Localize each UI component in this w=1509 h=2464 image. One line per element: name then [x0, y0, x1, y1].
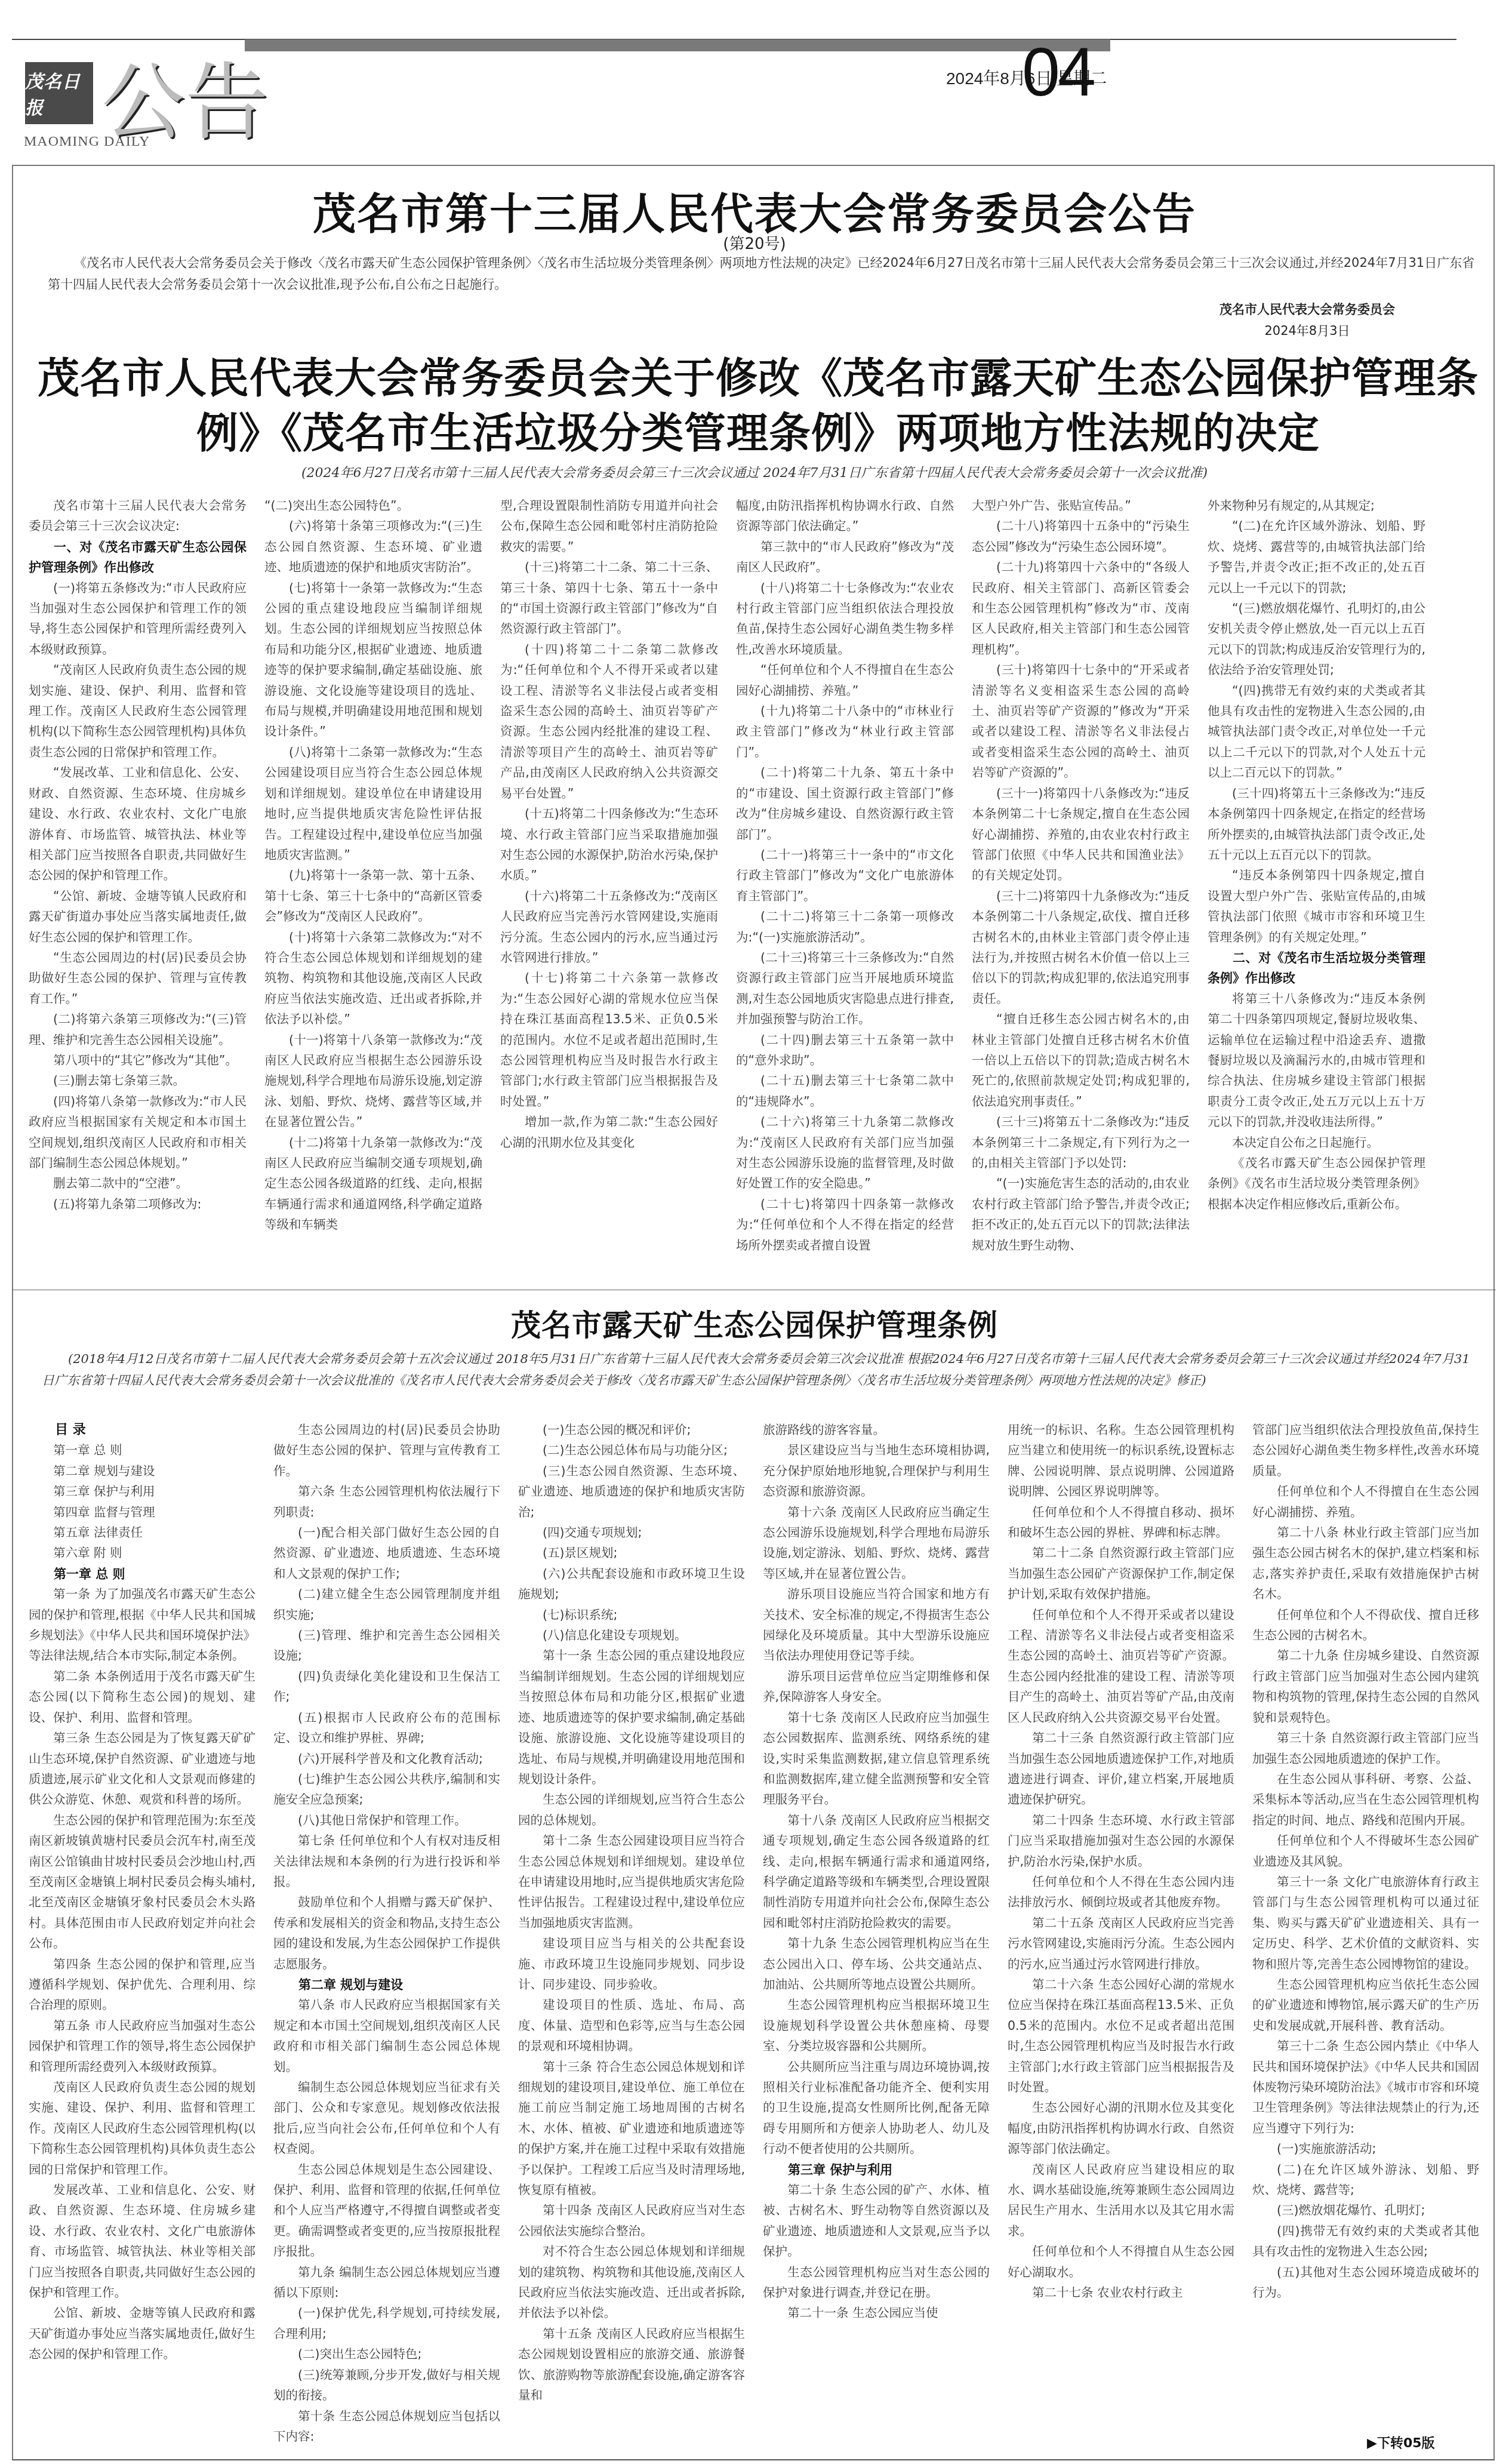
- paragraph: “(三)燃放烟花爆竹、孔明灯的,由公安机关责令停止燃放,处一百元以上五百元以下的…: [1208, 598, 1425, 681]
- decision-subtitle: (2024年6月27日茂名市第十三届人民代表大会常务委员会第三十三次会议通过 2…: [0, 463, 1509, 481]
- paragraph: (五)景区规划;: [518, 1543, 745, 1563]
- paragraph: (三十二)将第四十九条修改为:“违反本条例第二十八条规定,砍伐、擅自迁移古树名木…: [972, 886, 1190, 1009]
- paragraph: (六)将第十条第三项修改为:“(三)生态公园自然资源、生态环境、矿业遗迹、地质遗…: [264, 516, 482, 577]
- paragraph: 第六条 生态公园管理机构依法履行下列职责:: [273, 1481, 500, 1522]
- regulation-title: 茂名市露天矿生态公园保护管理条例: [0, 1302, 1509, 1345]
- paragraph: “擅自迁移生态公园古树名木的,由林业主管部门处擅自迁移古树名木价值一倍以上五倍以…: [972, 1009, 1190, 1112]
- paragraph: (五)其他对生态公园环境造成破坏的行为。: [1252, 2262, 1479, 2303]
- paragraph: 公共厕所应当注重与周边环境协调,按照相关行业标准配备功能齐全、便利实用的卫生设施…: [763, 2057, 990, 2160]
- paragraph: (二十一)将第三十一条中的“市文化行政主管部门”修改为“文化广电旅游体育主管部门…: [736, 845, 954, 906]
- paragraph: 旅游路线的游客容量。: [763, 1420, 990, 1440]
- section-heading: 一、对《茂名市露天矿生态公园保护管理条例》作出修改: [29, 537, 247, 578]
- paragraph: (二十九)将第四十六条中的“各级人民政府、相关主管部门、高新区管委会和生态公园管…: [972, 557, 1190, 660]
- paragraph: 删去第二款中的“空港”。: [29, 1173, 247, 1193]
- paragraph: (二十五)删去第三十七条第二款中的“违规降水”。: [736, 1070, 954, 1112]
- paragraph: (二)将第六条第三项修改为:“(三)管理、维护和完善生态公园相关设施”。: [29, 1009, 247, 1050]
- paragraph: 第三款中的“市人民政府”修改为“茂南区人民政府”。: [736, 537, 954, 578]
- paragraph: 茂名市第十三届人民代表大会常务委员会第三十三次会议决定:: [29, 496, 247, 537]
- paragraph: 用统一的标识、名称。生态公园管理机构应当建立和使用统一的标识系统,设置标志牌、公…: [1008, 1420, 1234, 1502]
- text-column: 旅游路线的游客容量。景区建设应当与当地生态环境相协调,充分保护原始地形地貌,合理…: [763, 1420, 990, 2456]
- paragraph: 第四条 生态公园的保护和管理,应当遵循科学规划、保护优先、合理利用、综合治理的原…: [29, 1954, 255, 2016]
- section-heading: 第一章 总 则: [29, 1564, 255, 1584]
- paragraph: 游乐项目设施应当符合国家和地方有关技术、安全标准的规定,不得损害生态公园绿化及环…: [763, 1584, 990, 1666]
- text-column: 生态公园周边的村(居)民委员会协助做好生态公园的保护、管理与宣传教育工作。第六条…: [273, 1420, 500, 2456]
- paragraph: 第五条 市人民政府应当加强对生态公园保护和管理工作的领导,将生态公园保护和管理所…: [29, 2016, 255, 2077]
- paragraph: (十)将第十六条第二款修改为:“对不符合生态公园总体规划和详细规划的建筑物、构筑…: [264, 927, 482, 1030]
- paragraph: (三十三)将第五十二条修改为:“违反本条例第三十二条规定,有下列行为之一的,由相…: [972, 1112, 1190, 1173]
- paragraph: (十五)将第二十四条修改为:“生态环境、水行政主管部门应当采取措施加强对生态公园…: [500, 804, 718, 886]
- paragraph: 第二十五条 茂南区人民政府应当完善污水管网建设,实施雨污分流。生态公园内的污水,…: [1008, 1913, 1234, 1974]
- paragraph: 游乐项目运营单位应当定期维修和保养,保障游客人身安全。: [763, 1666, 990, 1708]
- paragraph: (二十四)删去第三十五条第一款中的“意外求助”。: [736, 1030, 954, 1071]
- paragraph: 建设项目的性质、选址、布局、高度、体量、造型和色彩等,应当与生态公园的景观和环境…: [518, 1995, 745, 2056]
- section-name: 公告: [101, 53, 269, 154]
- section-heading: 第三章 保护与利用: [763, 2160, 990, 2180]
- paragraph: (八)信息化建设专项规划。: [518, 1625, 745, 1645]
- paragraph: (二十)将第二十九条、第五十条中的“市建设、国土资源行政主管部门”修改为“住房城…: [736, 762, 954, 845]
- regulation-columns: 目 录第一章 总 则第二章 规划与建设第三章 保护与利用第四章 监督与管理第五章…: [29, 1420, 1479, 2456]
- toc-item: 第六章 附 则: [29, 1543, 255, 1563]
- paragraph: 任何单位和个人不得擅自移动、损坏和破坏生态公园的界桩、界碑和标志牌。: [1008, 1502, 1234, 1543]
- paragraph: 第二十九条 住房城乡建设、自然资源行政主管部门应当加强对生态公园内建筑物和构筑物…: [1252, 1645, 1479, 1728]
- text-column: 型,合理设置限制性消防专用道并向社会公布,保障生态公园和毗邻村庄消防抢险救灾的需…: [500, 496, 718, 1284]
- paragraph: (十九)将第二十八条中的“市林业行政主管部门”修改为“林业行政主管部门”。: [736, 701, 954, 762]
- section-divider: [13, 1290, 1496, 1290]
- paragraph: 第二十二条 自然资源行政主管部门应当加强生态公园矿产资源保护工作,制定保护计划,…: [1008, 1543, 1234, 1604]
- paragraph: 第十七条 茂南区人民政府应当加强生态公园数据库、监测系统、网络系统的建设,实时采…: [763, 1708, 990, 1810]
- paragraph: 大型户外广告、张贴宣传品。”: [972, 496, 1190, 516]
- text-column: 管部门应当组织依法合理投放鱼苗,保持生态公园好心湖鱼类生物多样性,改善水环境质量…: [1252, 1420, 1479, 2456]
- paragraph: (四)携带无有效约束的犬类或者其他具有攻击性的宠物进入生态公园;: [1252, 2221, 1479, 2262]
- paragraph: (七)标识系统;: [518, 1605, 745, 1625]
- paragraph: 第八条 市人民政府应当根据国家有关规定和本市国土空间规划,组织茂南区人民政府和市…: [273, 1995, 500, 2077]
- paragraph: (三十一)将第四十八条修改为:“违反本条例第二十七条规定,擅自在生态公园好心湖捕…: [972, 783, 1190, 886]
- decision-columns: 茂名市第十三届人民代表大会常务委员会第三十三次会议决定:一、对《茂名市露天矿生态…: [29, 496, 1425, 1284]
- paragraph: 生态公园管理机构应当根据环境卫生设施规划科学设置公共休憩座椅、母婴室、分类垃圾容…: [763, 1995, 990, 2056]
- paragraph: 生态公园管理机构应当对生态公园的保护对象进行调查,并登记在册。: [763, 2262, 990, 2303]
- toc-item: 第一章 总 则: [29, 1440, 255, 1460]
- paragraph: (三十四)将第五十三条修改为:“违反本条例第四十四条规定,在指定的经营场所外摆卖…: [1208, 783, 1425, 866]
- paragraph: “茂南区人民政府负责生态公园的规划实施、建设、保护、利用、监督和管理工作。茂南区…: [29, 660, 247, 762]
- paragraph: (二)生态公园总体布局与功能分区;: [518, 1440, 745, 1460]
- announcement-body: 《茂名市人民代表大会常务委员会关于修改〈茂名市露天矿生态公园保护管理条例〉〈茂名…: [48, 252, 1480, 295]
- paragraph: “(二)突出生态公园特色”。: [264, 496, 482, 516]
- paragraph: (一)将第五条修改为:“市人民政府应当加强对生态公园保护和管理工作的领导,将生态…: [29, 578, 247, 660]
- text-column: 用统一的标识、名称。生态公园管理机构应当建立和使用统一的标识系统,设置标志牌、公…: [1008, 1420, 1234, 2456]
- paragraph: 第十条 生态公园总体规划应当包括以下内容:: [273, 2406, 500, 2447]
- paragraph: 第十三条 符合生态公园总体规划和详细规划的建设项目,建设单位、施工单位在施工前应…: [518, 2057, 745, 2201]
- paragraph: (一)生态公园的概况和评价;: [518, 1420, 745, 1440]
- paragraph: (五)根据市人民政府公布的范围标定、设立和维护界桩、界碑;: [273, 1708, 500, 1749]
- masthead: 茂名日报 MAOMING DAILY 公告 2024年8月6日 星期二 04: [0, 0, 1509, 167]
- section-heading: 第二章 规划与建设: [273, 1974, 500, 1995]
- paragraph: (九)将第十一条第一款、第十五条、第十七条、第三十七条中的“高新区管委会”修改为…: [264, 865, 482, 927]
- paragraph: (七)将第十一条第一款修改为:“生态公园的重点建设地段应当编制详细规划。生态公园…: [264, 578, 482, 742]
- paragraph: 第三十一条 文化广电旅游体育行政主管部门与生态公园管理机构可以通过征集、购买与露…: [1252, 1872, 1479, 1974]
- signature-block: 茂名市人民代表大会常务委员会 2024年8月3日: [1188, 299, 1427, 342]
- paragraph: 任何单位和个人不得擅自在生态公园好心湖捕捞、养殖。: [1252, 1481, 1479, 1522]
- continued-on-page-link[interactable]: ▶下转05版: [1367, 2433, 1435, 2451]
- paragraph: 第三十条 自然资源行政主管部门应当加强生态公园地质遗迹的保护工作。: [1252, 1728, 1479, 1769]
- paragraph: 公馆、新坡、金塘等镇人民政府和露天矿街道办事处应当落实属地责任,做好生态公园的保…: [29, 2303, 255, 2364]
- paragraph: (三十)将第四十七条中的“开采或者清淤等名义变相盗采生态公园的高岭土、油页岩等矿…: [972, 660, 1190, 783]
- paragraph: (六)公共配套设施和市政环境卫生设施规划;: [518, 1564, 745, 1605]
- paragraph: (二十二)将第三十二条第一项修改为:“(一)实施旅游活动”。: [736, 906, 954, 948]
- toc-item: 第二章 规划与建设: [29, 1461, 255, 1481]
- paragraph: 生态公园好心湖的汛期水位及其变化幅度,由防汛指挥机构协调水行政、自然资源等部门依…: [1008, 2097, 1234, 2159]
- toc-heading: 目 录: [29, 1420, 255, 1440]
- paragraph: (十二)将第十九条第一款修改为:“茂南区人民政府应当编制交通专项规划,确定生态公…: [264, 1133, 482, 1235]
- paragraph: 将第三十八条修改为:“违反本条例第二十四条第四项规定,餐厨垃圾收集、运输单位在运…: [1208, 989, 1425, 1133]
- paragraph: 第三十二条 生态公园内禁止《中华人民共和国环境保护法》《中华人民共和国固体废物污…: [1252, 2036, 1479, 2139]
- paragraph: “违反本条例第四十四条规定,擅自设置大型户外广告、张贴宣传品的,由城管执法部门依…: [1208, 865, 1425, 948]
- paragraph: (三)生态公园自然资源、生态环境、矿业遗迹、地质遗迹的保护和地质灾害防治;: [518, 1461, 745, 1522]
- paragraph: 生态公园总体规划是生态公园建设、保护、利用、监督和管理的依据,任何单位和个人应当…: [273, 2160, 500, 2262]
- paragraph: 生态公园的详细规划,应当符合生态公园的总体规划。: [518, 1789, 745, 1831]
- paragraph: 第九条 编制生态公园总体规划应当遵循以下原则:: [273, 2262, 500, 2303]
- paragraph: 茂南区人民政府负责生态公园的规划实施、建设、保护、利用、监督和管理工作。茂南区人…: [29, 2077, 255, 2180]
- paragraph: 管部门应当组织依法合理投放鱼苗,保持生态公园好心湖鱼类生物多样性,改善水环境质量…: [1252, 1420, 1479, 1481]
- paragraph: (一)实施旅游活动;: [1252, 2139, 1479, 2159]
- text-column: 目 录第一章 总 则第二章 规划与建设第三章 保护与利用第四章 监督与管理第五章…: [29, 1420, 255, 2456]
- paragraph: 第十四条 茂南区人民政府应当对生态公园依法实施综合整治。: [518, 2200, 745, 2241]
- paragraph: 生态公园的保护和管理范围为:东至茂南区新坡镇黄塘村民委员会沉车村,南至茂南区公馆…: [29, 1810, 255, 1954]
- paragraph: 对不符合生态公园总体规划和详细规划的建筑物、构筑物和其他设施,茂南区人民政府应当…: [518, 2241, 745, 2324]
- paragraph: 增加一款,作为第二款:“生态公园好心湖的汛期水位及其变化: [500, 1112, 718, 1153]
- paragraph: (八)将第十二条第一款修改为:“生态公园建设项目应当符合生态公园总体规划和详细规…: [264, 742, 482, 865]
- paragraph: 茂南区人民政府应当建设相应的取水、调水基础设施,统筹兼顾生态公园周边居民生产用水…: [1008, 2160, 1234, 2242]
- paragraph: “(一)实施危害生态的活动的,由农业农村行政主管部门给予警告,并责令改正;拒不改…: [972, 1173, 1190, 1256]
- newspaper-logo: 茂名日报: [25, 62, 93, 124]
- text-column: 大型户外广告、张贴宣传品。”(二十八)将第四十五条中的“污染生态公园”修改为“污…: [972, 496, 1190, 1284]
- paragraph: 本决定自公布之日起施行。: [1208, 1133, 1425, 1153]
- paragraph: 第十九条 生态公园管理机构应当在生态公园出入口、停车场、公共交通站点、加油站、公…: [763, 1933, 990, 1995]
- paragraph: (三)删去第七条第三款。: [29, 1070, 247, 1091]
- paragraph: (六)开展科学普及和文化教育活动;: [273, 1749, 500, 1769]
- toc-item: 第三章 保护与利用: [29, 1481, 255, 1502]
- paragraph: (四)交通专项规划;: [518, 1522, 745, 1543]
- paragraph: 编制生态公园总体规划应当征求有关部门、公众和专家意见。规划修改依法报批后,应当向…: [273, 2077, 500, 2160]
- paragraph: “(四)携带无有效约束的犬类或者其他具有攻击性的宠物进入生态公园的,由城管执法部…: [1208, 681, 1425, 783]
- paragraph: (一)保护优先,科学规划,可持续发展,合理利用;: [273, 2303, 500, 2344]
- text-column: 外来物种另有规定的,从其规定;“(二)在允许区域外游泳、划船、野炊、烧烤、露营等…: [1208, 496, 1425, 1284]
- paragraph: 幅度,由防汛指挥机构协调水行政、自然资源等部门依法确定。”: [736, 496, 954, 537]
- paragraph: (二)建立健全生态公园管理制度并组织实施;: [273, 1584, 500, 1625]
- paragraph: 第七条 任何单位和个人有权对违反相关法律法规和本条例的行为进行投诉和举报。: [273, 1831, 500, 1892]
- paragraph: 生态公园周边的村(居)民委员会协助做好生态公园的保护、管理与宣传教育工作。: [273, 1420, 500, 1481]
- logo-chinese: 茂名日报: [25, 67, 93, 119]
- signature-org: 茂名市人民代表大会常务委员会: [1188, 299, 1427, 320]
- paragraph: (二十三)将第三十三条修改为:“自然资源行政主管部门应当开展地质环境监测,对生态…: [736, 948, 954, 1030]
- paragraph: (三)管理、维护和完善生态公园相关设施;: [273, 1625, 500, 1666]
- paragraph: (三)统筹兼顾,分步开发,做好与相关规划的衔接。: [273, 2365, 500, 2406]
- paragraph: 任何单位和个人不得在生态公园内违法排放污水、倾倒垃圾或者其他废弃物。: [1008, 1872, 1234, 1913]
- paragraph: (二十八)将第四十五条中的“污染生态公园”修改为“污染生态公园环境”。: [972, 516, 1190, 557]
- paragraph: (十六)将第二十五条修改为:“茂南区人民政府应当完善污水管网建设,实施雨污分流。…: [500, 886, 718, 968]
- paragraph: “公馆、新坡、金塘等镇人民政府和露天矿街道办事处应当落实属地责任,做好生态公园的…: [29, 886, 247, 948]
- paragraph: (十七)将第二十六条第一款修改为:“生态公园好心湖的常规水位应当保持在珠江基面高…: [500, 968, 718, 1112]
- paragraph: (二)在允许区域外游泳、划船、野炊、烧烤、露营等;: [1252, 2160, 1479, 2201]
- paragraph: 《茂名市露天矿生态公园保护管理条例》《茂名市生活垃圾分类管理条例》根据本决定作相…: [1208, 1153, 1425, 1214]
- paragraph: (八)其他日常保护和管理工作。: [273, 1810, 500, 1831]
- toc-item: 第四章 监督与管理: [29, 1502, 255, 1522]
- paragraph: 第一条 为了加强茂名市露天矿生态公园的保护和管理,根据《中华人民共和国城乡规划法…: [29, 1584, 255, 1666]
- text-column: 茂名市第十三届人民代表大会常务委员会第三十三次会议决定:一、对《茂名市露天矿生态…: [29, 496, 247, 1284]
- paragraph: 第二十一条 生态公园应当使: [763, 2303, 990, 2323]
- paragraph: 型,合理设置限制性消防专用道并向社会公布,保障生态公园和毗邻村庄消防抢险救灾的需…: [500, 496, 718, 557]
- paragraph: (四)负责绿化美化建设和卫生保洁工作;: [273, 1666, 500, 1708]
- toc-item: 第五章 法律责任: [29, 1522, 255, 1543]
- announcement-number: (第20号): [0, 232, 1509, 254]
- paragraph: 第二十八条 林业行政主管部门应当加强生态公园古树名木的保护,建立档案和标志,落实…: [1252, 1522, 1479, 1605]
- paragraph: “生态公园周边的村(居)民委员会协助做好生态公园的保护、管理与宣传教育工作。”: [29, 948, 247, 1009]
- paragraph: 发展改革、工业和信息化、公安、财政、自然资源、生态环境、住房城乡建设、水行政、农…: [29, 2180, 255, 2303]
- paragraph: 第二十七条 农业农村行政主: [1008, 2282, 1234, 2303]
- paragraph: 第十二条 生态公园建设项目应当符合生态公园总体规划和详细规划。建设单位在申请建设…: [518, 1831, 745, 1933]
- paragraph: (三)燃放烟花爆竹、孔明灯;: [1252, 2200, 1479, 2220]
- paragraph: 建设项目应当与相关的公共配套设施、市政环境卫生设施同步规划、同步设计、同步建设、…: [518, 1933, 745, 1995]
- paragraph: 第十八条 茂南区人民政府应当根据交通专项规划,确定生态公园各级道路的红线、走向,…: [763, 1810, 990, 1933]
- paragraph: 鼓励单位和个人捐赠与露天矿保护、传承和发展相关的资金和物品,支持生态公园的建设和…: [273, 1892, 500, 1974]
- paragraph: 第八项中的“其它”修改为“其他”。: [29, 1050, 247, 1070]
- paragraph: 第二十条 生态公园的矿产、水体、植被、古树名木、野生动物等自然资源以及矿业遗迹、…: [763, 2180, 990, 2262]
- paragraph: 第十一条 生态公园的重点建设地段应当编制详细规划。生态公园的详细规划应当按照总体…: [518, 1645, 745, 1789]
- paragraph: (五)将第九条第二项修改为:: [29, 1194, 247, 1214]
- paragraph: 第十六条 茂南区人民政府应当确定生态公园游乐设施规划,科学合理地布局游乐设施,划…: [763, 1502, 990, 1585]
- text-column: 幅度,由防汛指挥机构协调水行政、自然资源等部门依法确定。”第三款中的“市人民政府…: [736, 496, 954, 1284]
- paragraph: “任何单位和个人不得擅自在生态公园好心湖捕捞、养殖。”: [736, 660, 954, 701]
- paragraph: 第二十四条 生态环境、水行政主管部门应当采取措施加强对生态公园的水源保护,防治水…: [1008, 1810, 1234, 1872]
- paragraph: “发展改革、工业和信息化、公安、财政、自然资源、生态环境、住房城乡建设、水行政、…: [29, 762, 247, 885]
- text-column: (一)生态公园的概况和评价;(二)生态公园总体布局与功能分区;(三)生态公园自然…: [518, 1420, 745, 2456]
- paragraph: 任何单位和个人不得砍伐、擅自迁移生态公园的古树名木。: [1252, 1605, 1479, 1646]
- paragraph: 任何单位和个人不得擅自从生态公园好心湖取水。: [1008, 2241, 1234, 2282]
- signature-date: 2024年8月3日: [1188, 320, 1427, 342]
- paragraph: 第十五条 茂南区人民政府应当根据生态公园规划设置相应的旅游交通、旅游餐饮、旅游购…: [518, 2324, 745, 2406]
- paragraph: (十四)将第二十二条第二款修改为:“任何单位和个人不得开采或者以建设工程、清淤等…: [500, 639, 718, 804]
- paragraph: (七)维护生态公园公共秩序,编制和实施安全应急预案;: [273, 1769, 500, 1810]
- paragraph: 任何单位和个人不得破坏生态公园矿业遗迹及其风貌。: [1252, 1831, 1479, 1872]
- section-heading: 二、对《茂名市生活垃圾分类管理条例》作出修改: [1208, 948, 1425, 989]
- top-gray-bar: [245, 39, 1110, 51]
- paragraph: (二十七)将第四十四条第一款修改为:“任何单位和个人不得在指定的经营场所外摆卖或…: [736, 1194, 954, 1256]
- regulation-subtitle: (2018年4月12日茂名市第十二届人民代表大会常务委员会第十五次会议通过 20…: [42, 1348, 1480, 1391]
- paragraph: (一)配合相关部门做好生态公园的自然资源、矿业遗迹、地质遗迹、生态环境和人文景观…: [273, 1522, 500, 1584]
- paragraph: (二)突出生态公园特色;: [273, 2344, 500, 2364]
- paragraph: (二十六)将第三十九条第二款修改为:“茂南区人民政府有关部门应当加强对生态公园游…: [736, 1112, 954, 1194]
- paragraph: 第二十三条 自然资源行政主管部门应当加强生态公园地质遗迹保护工作,对地质遗迹进行…: [1008, 1728, 1234, 1810]
- page-number: 04: [1022, 33, 1094, 111]
- paragraph: 在生态公园从事科研、考察、公益、采集标本等活动,应当在生态公园管理机构指定的时间…: [1252, 1769, 1479, 1831]
- paragraph: 第二条 本条例适用于茂名市露天矿生态公园(以下简称生态公园)的规划、建设、保护、…: [29, 1666, 255, 1728]
- paragraph: 外来物种另有规定的,从其规定;: [1208, 496, 1425, 516]
- text-column: “(二)突出生态公园特色”。(六)将第十条第三项修改为:“(三)生态公园自然资源…: [264, 496, 482, 1284]
- paragraph: (十八)将第二十七条修改为:“农业农村行政主管部门应当组织依法合理投放鱼苗,保持…: [736, 578, 954, 660]
- decision-title: 茂名市人民代表大会常务委员会关于修改《茂名市露天矿生态公园保护管理条例》《茂名市…: [36, 351, 1480, 461]
- paragraph: (十三)将第二十二条、第二十三条、第三十条、第四十七条、第五十一条中的“市国土资…: [500, 557, 718, 639]
- paragraph: 景区建设应当与当地生态环境相协调,充分保护原始地形地貌,合理保护与利用生态资源和…: [763, 1440, 990, 1502]
- paragraph: (十一)将第十八条第一款修改为:“茂南区人民政府应当根据生态公园游乐设施规划,科…: [264, 1030, 482, 1133]
- paragraph: 第三条 生态公园是为了恢复露天矿矿山生态环境,保护自然资源、矿业遗迹与地质遗迹,…: [29, 1728, 255, 1810]
- paragraph: “(二)在允许区域外游泳、划船、野炊、烧烤、露营等的,由城管执法部门给予警告,并…: [1208, 516, 1425, 598]
- paragraph: 生态公园管理机构应当依托生态公园的矿业遗迹和博物馆,展示露天矿的生产历史和发展成…: [1252, 1974, 1479, 2036]
- paragraph: 第二十六条 生态公园好心湖的常规水位应当保持在珠江基面高程13.5米、正负0.5…: [1008, 1974, 1234, 2097]
- paragraph: (四)将第八条第一款修改为:“市人民政府应当根据国家有关规定和本市国土空间规划,…: [29, 1091, 247, 1174]
- paragraph: 任何单位和个人不得开采或者以建设工程、清淤等名义非法侵占或者变相盗采生态公园的高…: [1008, 1605, 1234, 1728]
